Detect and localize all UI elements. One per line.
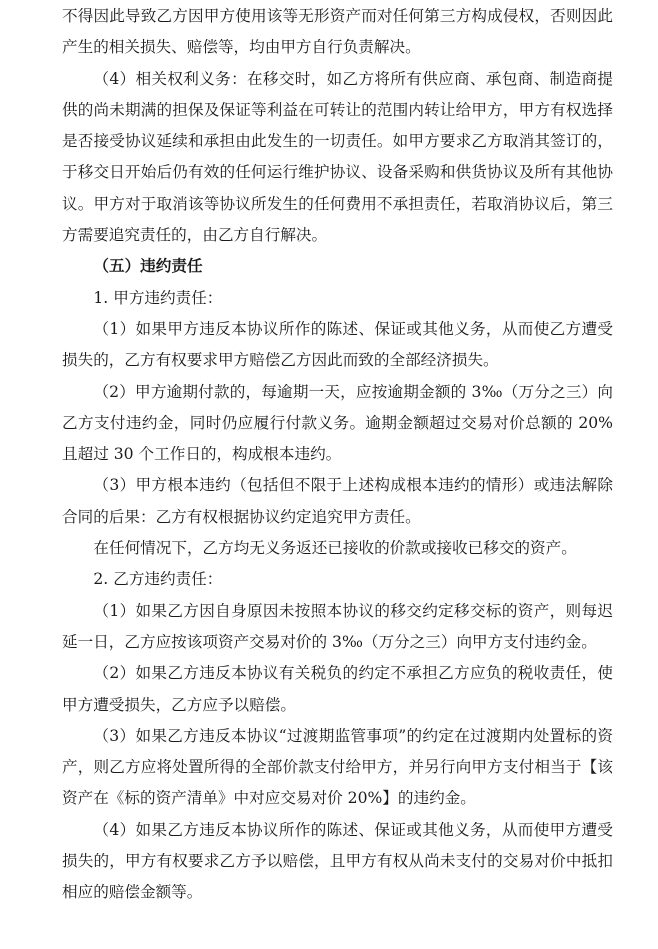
paragraph-party-a-item-2: （2）甲方逾期付款的，每逾期一天，应按逾期金额的 3‰（万分之三）向乙方支付违约… [62, 377, 613, 471]
subheading-party-b-breach: 2. 乙方违约责任： [62, 564, 613, 595]
paragraph-party-a-item-3: （3）甲方根本违约（包括但不限于上述构成根本违约的情形）或违法解除合同的后果：乙… [62, 470, 613, 533]
paragraph-party-a-item-1: （1）如果甲方违反本协议所作的陈述、保证或其他义务，从而使乙方遭受损失的，乙方有… [62, 314, 613, 377]
paragraph-ip-liability: 不得因此导致乙方因甲方使用该等无形资产而对任何第三方构成侵权，否则因此产生的相关… [62, 1, 613, 64]
paragraph-party-b-item-1: （1）如果乙方因自身原因未按照本协议的移交约定移交标的资产，则每迟延一日，乙方应… [62, 596, 613, 659]
paragraph-party-b-item-4: （4）如果乙方违反本协议所作的陈述、保证或其他义务，从而使甲方遭受损失的，甲方有… [62, 815, 613, 909]
section-heading-breach-liability: （五）违约责任 [62, 251, 613, 282]
document-page: 不得因此导致乙方因甲方使用该等无形资产而对任何第三方构成侵权，否则因此产生的相关… [62, 1, 613, 909]
subheading-party-a-breach: 1. 甲方违约责任： [62, 283, 613, 314]
paragraph-party-b-item-2: （2）如果乙方违反本协议有关税负的约定不承担乙方应负的税收责任，使甲方遭受损失，… [62, 658, 613, 721]
paragraph-party-b-item-3: （3）如果乙方违反本协议“过渡期监管事项”的约定在过渡期内处置标的资产，则乙方应… [62, 721, 613, 815]
paragraph-party-a-note: 在任何情况下，乙方均无义务返还已接收的价款或接收已移交的资产。 [62, 533, 613, 564]
paragraph-related-rights-obligations: （4）相关权利义务：在移交时，如乙方将所有供应商、承包商、制造商提供的尚未期满的… [62, 64, 613, 252]
